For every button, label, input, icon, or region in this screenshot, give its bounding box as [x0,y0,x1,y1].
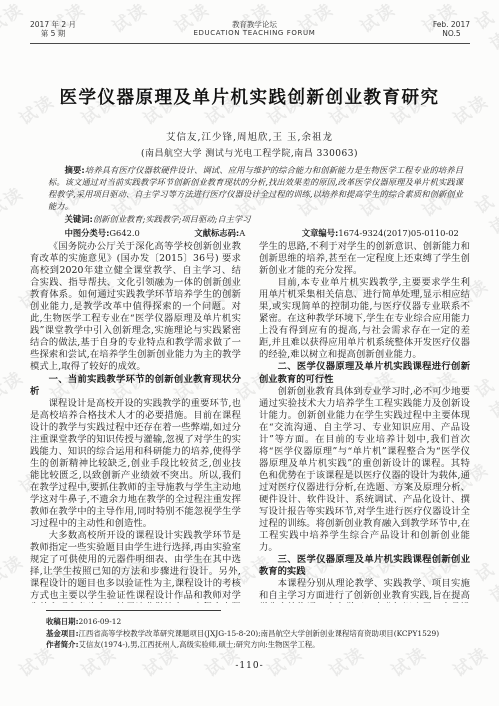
abstract-text: 培养具有医疗仪器软硬件设计、调试、应用与维护的综合能力和创新能力是生物医学工程专… [48,165,463,211]
header-issue-no-cn: 第 5 期 [30,29,76,38]
body-paragraph: 大多数高校所开设的课程设计实践教学环节是教师指定一些实验题目由学生进行选择,再由… [30,530,241,603]
section-heading: 一、当前实践教学环节的创新创业教育现状分析 [30,374,241,398]
keywords: 关键词:创新创业教育;实践教学;项目驱动;自主学习 [48,213,463,225]
body-paragraph: 课程设计是高校开设的实践教学的重要环节,也是高校培养合格技术人才的必要措施。目前… [30,398,241,531]
page-header: 2017 年 2 月 第 5 期 教育教学论坛 EDUCATION TEACHI… [30,20,470,38]
journal-name-cn: 教育教学论坛 [194,20,316,29]
article-title: 医学仪器原理及单片机实践创新创业教育研究 [0,84,499,109]
header-journal-name: 教育教学论坛 EDUCATION TEACHING FORUM [194,20,316,38]
body-columns: 《国务院办公厅关于深化高等学校创新创业教育改革的实施意见》(国办发〔2015〕3… [30,241,470,603]
abstract: 摘要:培养具有医疗仪器软硬件设计、调试、应用与维护的综合能力和创新能力是生物医学… [48,164,463,212]
body-paragraph: 学生的思路,不利于对学生的创新意识、创新能力和创新思维的培养,甚至在一定程度上还… [259,241,470,277]
footnote-lines: 收稿日期:2016-09-12基金项目:江西省高等学校教学改革研究课题项目(JX… [46,616,470,651]
body-paragraph: 创新创业教育具体到专业学习时,必不可少地要通过实验技术大力培养学生工程实践能力及… [259,386,470,555]
column-right: 学生的思路,不利于对学生的创新意识、创新能力和创新思维的培养,甚至在一定程度上还… [259,241,470,603]
abstract-label: 摘要: [65,165,85,175]
section-heading: 三、医学仪器原理及单片机实践课程创新创业教育的实践 [259,554,470,578]
keywords-text: 创新创业教育;实践教学;项目驱动;自主学习 [93,214,251,224]
journal-page: 试读试读试读试读试读试读试读试读试读试读试读试读试读试读试读试读试读试读试读试读… [0,0,499,706]
front-matter: 摘要:培养具有医疗仪器软硬件设计、调试、应用与维护的综合能力和创新能力是生物医学… [48,164,463,239]
article-id: 文章编号:1674-9324(2017)05-0110-02 [285,227,459,239]
page-number: -110- [0,661,499,671]
header-date-cn: 2017 年 2 月 [30,20,76,29]
keywords-label: 关键词: [65,214,93,224]
clc-number: 中图分类号:G642.0 [48,227,140,239]
body-paragraph: 目前,本专业单片机实践教学,主要要求学生利用单片机采集相关信息、进行简单处理,显… [259,277,470,361]
journal-name-en: EDUCATION TEACHING FORUM [194,29,316,38]
footnote-divider [46,610,221,611]
header-issue-no-en: NO.5 [433,29,470,38]
header-issue-cn: 2017 年 2 月 第 5 期 [30,20,76,38]
footnote-line: 收稿日期:2016-09-12 [46,616,470,628]
header-date-en: Feb. 2017 [433,20,470,29]
footnote-line: 作者简介:艾信友(1974-),男,江西抚州人,高级实验师,硕士;研究方向:生物… [46,639,470,651]
body-paragraph: 本课程分别从理论教学、实践教学、项目实施和自主学习方面进行了创新创业教育实践,旨… [259,578,470,603]
section-heading: 二、医学仪器原理及单片机实践课程进行创新创业教育的可行性 [259,361,470,385]
body-paragraph: 《国务院办公厅关于深化高等学校创新创业教育改革的实施意见》(国办发〔2015〕3… [30,241,241,374]
header-issue-en: Feb. 2017 NO.5 [433,20,470,38]
document-code: 文献标志码:A [178,227,245,239]
article-affiliation: (南昌航空大学 测试与光电工程学院,南昌 330063) [0,146,499,159]
footnote-line: 基金项目:江西省高等学校教学改革研究课题项目(JXJG-15-8-20);南昌航… [46,628,470,640]
article-authors: 艾信友,江少锋,周旭欣,王 玉,余祖龙 [0,129,499,143]
column-left: 《国务院办公厅关于深化高等学校创新创业教育改革的实施意见》(国办发〔2015〕3… [30,241,241,603]
classification-line: 中图分类号:G642.0 文献标志码:A 文章编号:1674-9324(2017… [48,227,463,239]
footnote-area: 收稿日期:2016-09-12基金项目:江西省高等学校教学改革研究课题项目(JX… [30,610,470,651]
header-divider [30,43,470,44]
